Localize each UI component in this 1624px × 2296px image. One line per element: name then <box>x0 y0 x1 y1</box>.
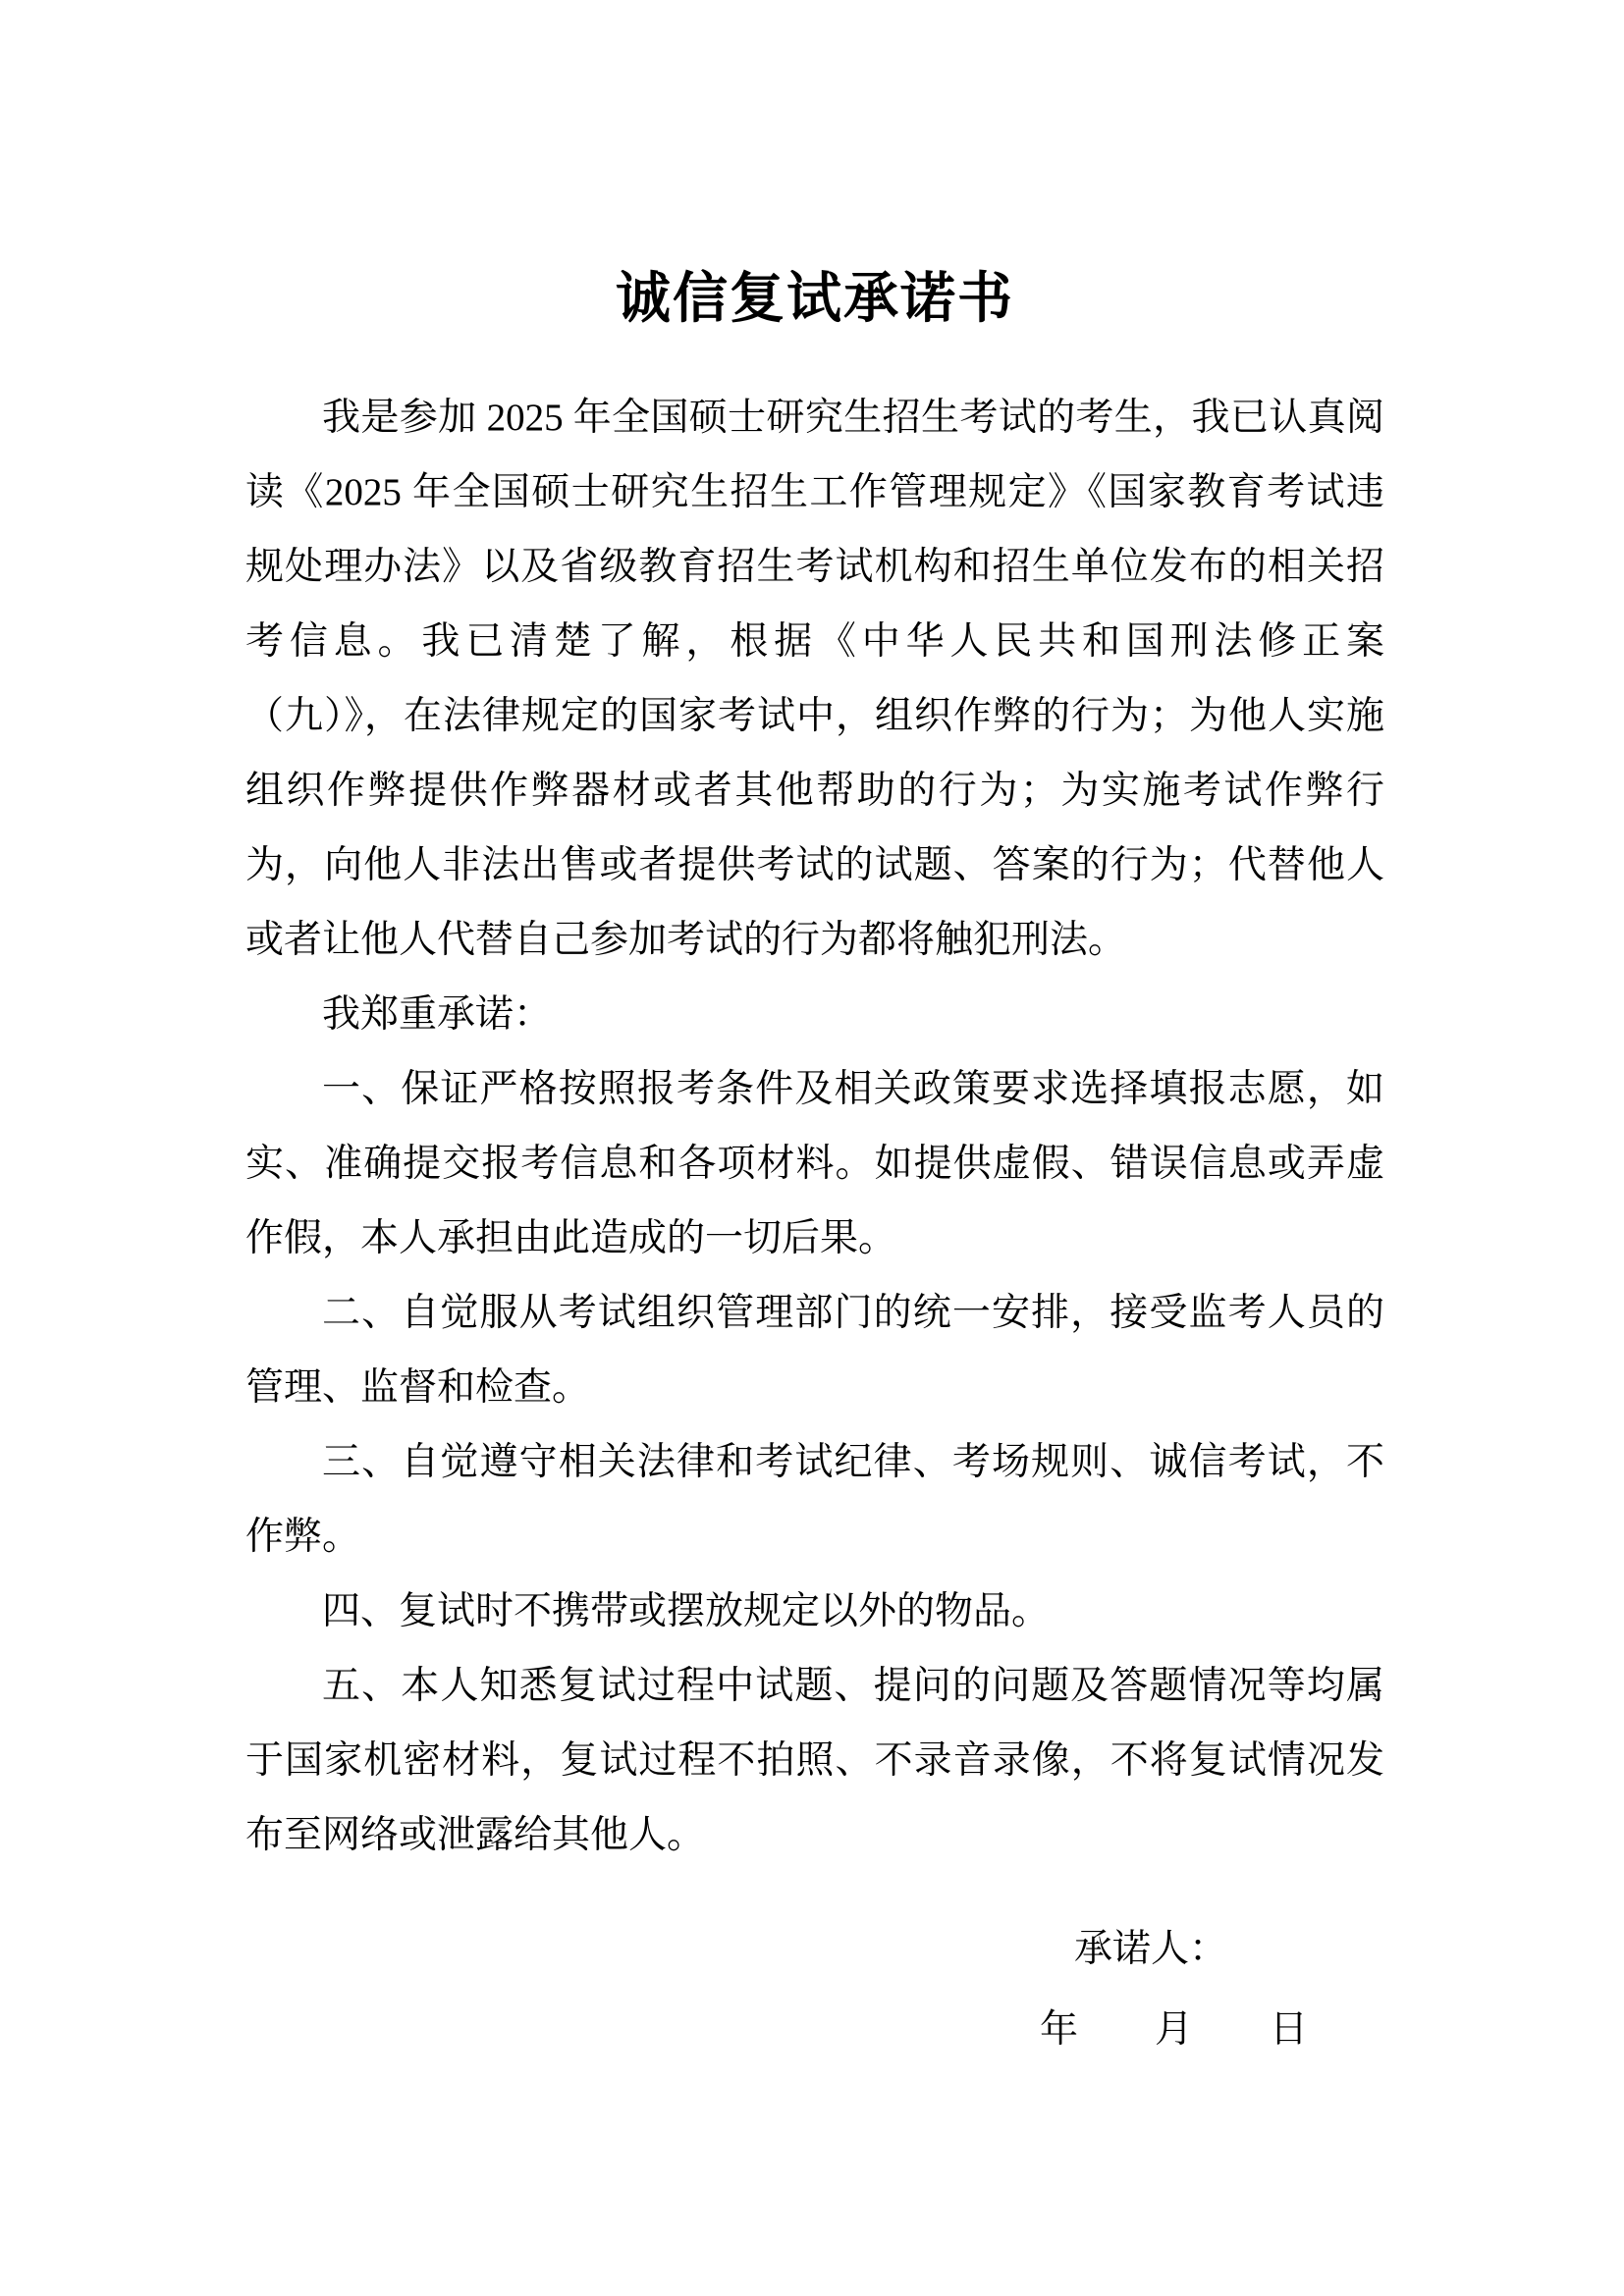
paragraph: 四、复试时不携带或摆放规定以外的物品。 <box>245 1575 1384 1649</box>
paragraph: 三、自觉遵守相关法律和考试纪律、考场规则、诚信考试，不作弊。 <box>245 1425 1384 1575</box>
paragraph: 我是参加 2025 年全国硕士研究生招生考试的考生，我已认真阅读《2025 年全… <box>245 381 1384 978</box>
document-paragraphs: 我是参加 2025 年全国硕士研究生招生考试的考生，我已认真阅读《2025 年全… <box>245 381 1384 1873</box>
paragraph: 一、保证严格按照报考条件及相关政策要求选择填报志愿，如实、准确提交报考信息和各项… <box>245 1052 1384 1276</box>
paragraph: 二、自觉服从考试组织管理部门的统一安排，接受监考人员的管理、监督和检查。 <box>245 1276 1384 1425</box>
document-title: 诚信复试承诺书 <box>245 0 1384 330</box>
signature-promiser-line: 承诺人： <box>245 1912 1384 1987</box>
document-page: 诚信复试承诺书 我是参加 2025 年全国硕士研究生招生考试的考生，我已认真阅读… <box>0 0 1624 2296</box>
document-content: 诚信复试承诺书 我是参加 2025 年全国硕士研究生招生考试的考生，我已认真阅读… <box>0 0 1624 2067</box>
signature-date-line: 年 月 日 <box>245 1993 1384 2067</box>
paragraph: 五、本人知悉复试过程中试题、提问的问题及答题情况等均属于国家机密材料，复试过程不… <box>245 1649 1384 1873</box>
paragraph: 我郑重承诺： <box>245 978 1384 1052</box>
